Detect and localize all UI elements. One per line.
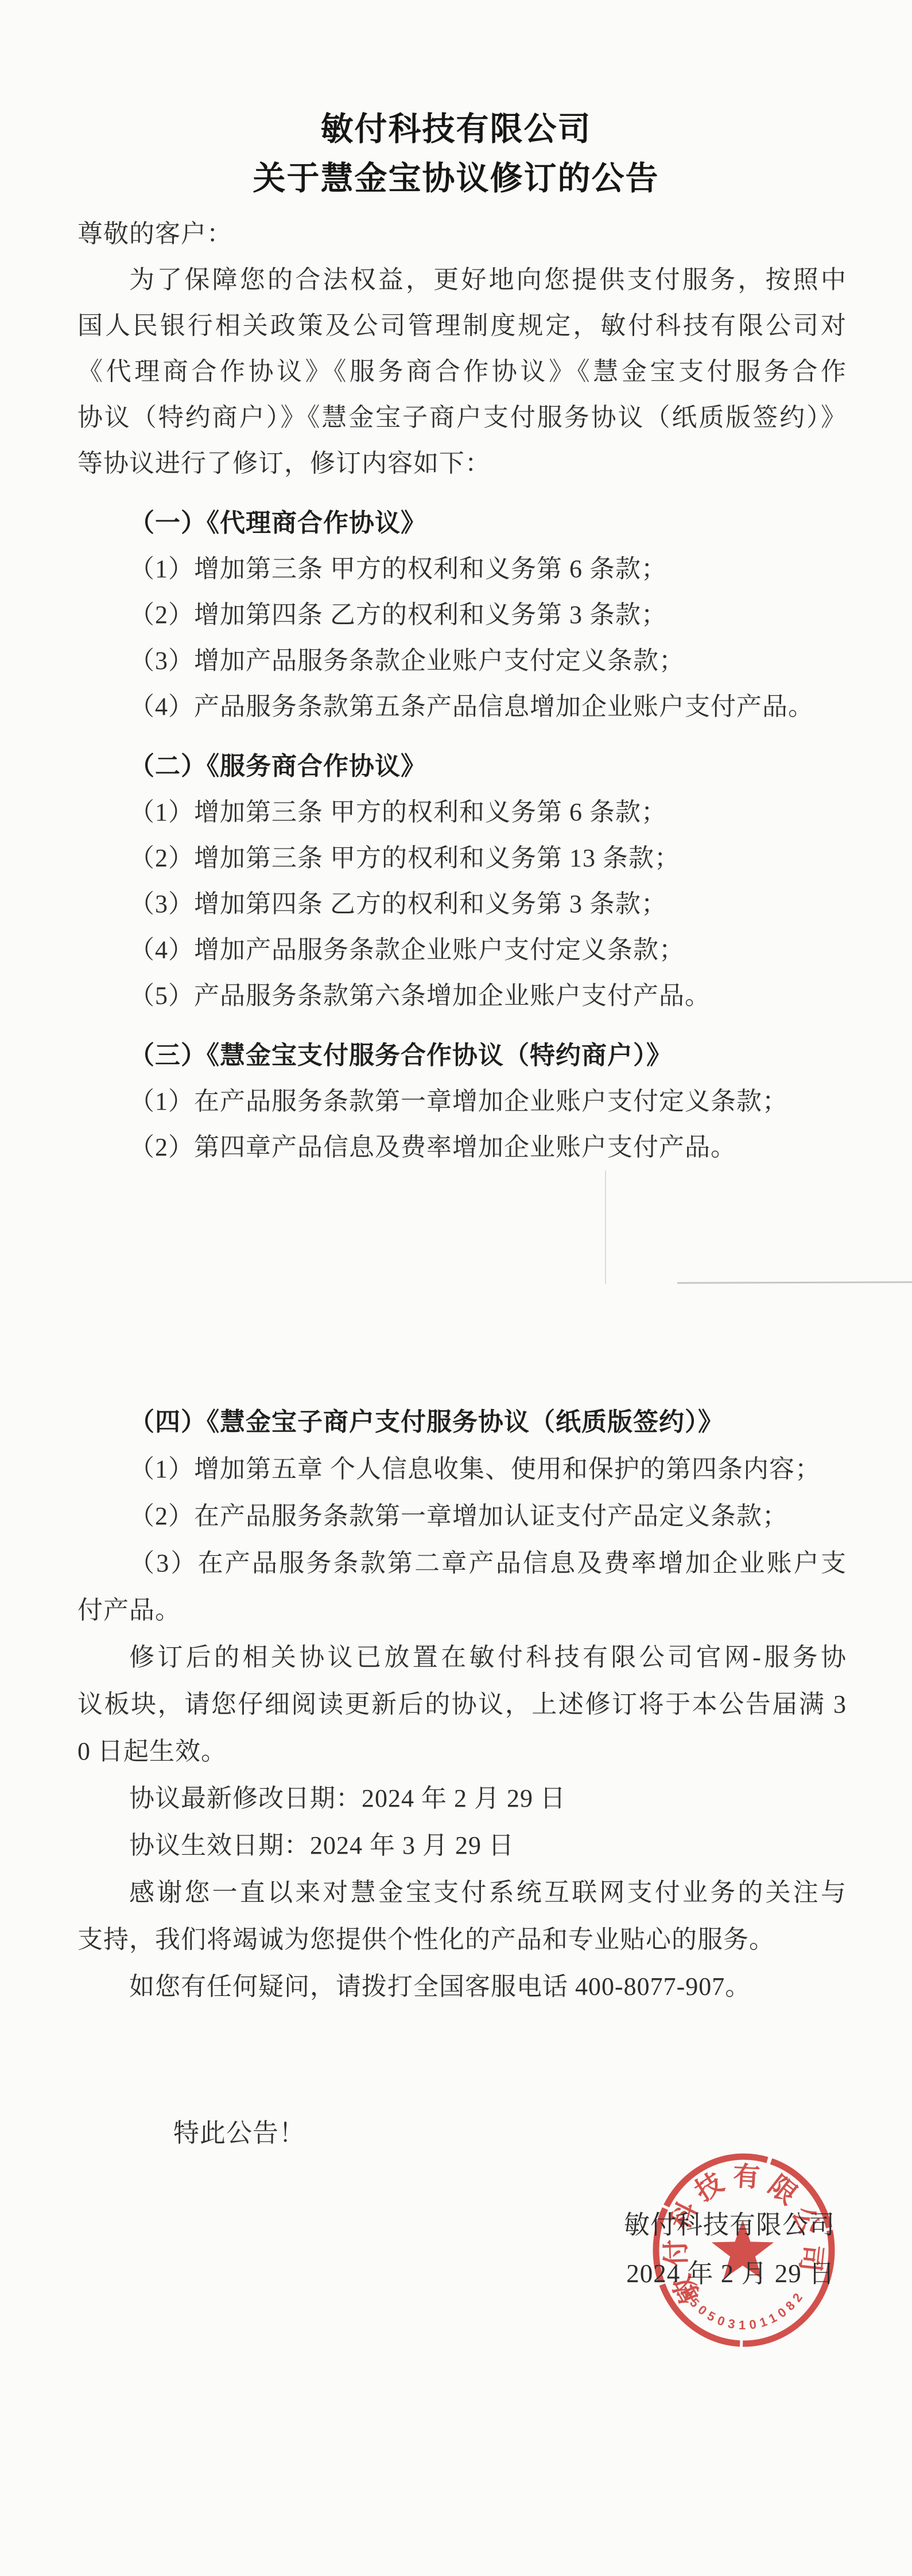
scan-artifact-line xyxy=(605,1170,606,1284)
contact-line: 如您有任何疑问，请拨打全国客服电话 400-8077-907。 xyxy=(77,1963,847,2010)
section-1-item: （3）增加产品服务条款企业账户支付定义条款； xyxy=(77,638,847,684)
section-3-item: （1）在产品服务条款第一章增加企业账户支付定义条款； xyxy=(77,1079,847,1124)
section-4-item: （2）在产品服务条款第一章增加认证支付产品定义条款； xyxy=(77,1493,847,1540)
intro-line: 国人民银行相关政策及公司管理制度规定，敏付科技有限公司对 xyxy=(77,303,847,349)
section-2-item: （3）增加第四条 乙方的权利和义务第 3 条款； xyxy=(77,881,847,927)
intro-line: 协议（特约商户）》《慧金宝子商户支付服务协议（纸质版签约）》 xyxy=(77,395,847,441)
announcement-ending: 特此公告！ xyxy=(173,2110,305,2156)
page-seam xyxy=(677,1281,912,1283)
section-4-heading: （四）《慧金宝子商户支付服务协议（纸质版签约）》 xyxy=(77,1399,847,1446)
section-3-item: （2）第四章产品信息及费率增加企业账户支付产品。 xyxy=(77,1124,847,1170)
intro-line: 等协议进行了修订，修订内容如下： xyxy=(77,441,847,487)
effective-date-line: 协议生效日期：2024 年 3 月 29 日 xyxy=(77,1822,847,1869)
intro-line: 为了保障您的合法权益，更好地向您提供支付服务，按照中 xyxy=(77,257,847,303)
section-4-item: （3）在产品服务条款第二章产品信息及费率增加企业账户支 xyxy=(77,1540,847,1587)
intro-line: 《代理商合作协议》《服务商合作协议》《慧金宝支付服务合作 xyxy=(77,349,847,395)
section-4-item: （1）增加第五章 个人信息收集、使用和保护的第四条内容； xyxy=(77,1446,847,1493)
closing-paragraph-line: 0 日起生效。 xyxy=(77,1728,847,1775)
title-line-1: 敏付科技有限公司 xyxy=(0,104,912,154)
revision-date-line: 协议最新修改日期：2024 年 2 月 29 日 xyxy=(77,1775,847,1822)
section-2-item: （1）增加第三条 甲方的权利和义务第 6 条款； xyxy=(77,789,847,835)
signature-company: 敏付科技有限公司 xyxy=(624,2201,835,2250)
salutation: 尊敬的客户： xyxy=(77,211,847,257)
section-1-heading: （一）《代理商合作协议》 xyxy=(77,500,847,546)
signature-block: 敏付科技有限公司 2024 年 2 月 29 日 xyxy=(624,2201,835,2298)
scanned-announcement-document: 敏付科技有限公司 关于慧金宝协议修订的公告 尊敬的客户： 为了保障您的合法权益，… xyxy=(0,0,912,2576)
section-3-heading: （三）《慧金宝支付服务合作协议（特约商户）》 xyxy=(77,1033,847,1079)
section-1-item: （1）增加第三条 甲方的权利和义务第 6 条款； xyxy=(77,546,847,592)
signature-date: 2024 年 2 月 29 日 xyxy=(624,2250,835,2298)
page1-body: 尊敬的客户： 为了保障您的合法权益，更好地向您提供支付服务，按照中 国人民银行相… xyxy=(77,211,847,1170)
section-2-item: （2）增加第三条 甲方的权利和义务第 13 条款； xyxy=(77,835,847,881)
page2-body: （四）《慧金宝子商户支付服务协议（纸质版签约）》 （1）增加第五章 个人信息收集… xyxy=(77,1399,847,2010)
section-2-item: （5）产品服务条款第六条增加企业账户支付产品。 xyxy=(77,973,847,1019)
thanks-line: 支持，我们将竭诚为您提供个性化的产品和专业贴心的服务。 xyxy=(77,1916,847,1963)
closing-paragraph-line: 议板块，请您仔细阅读更新后的协议，上述修订将于本公告届满 3 xyxy=(77,1681,847,1728)
section-1-item: （2）增加第四条 乙方的权利和义务第 3 条款； xyxy=(77,592,847,638)
title-line-2: 关于慧金宝协议修订的公告 xyxy=(0,154,912,203)
section-4-item-continuation: 付产品。 xyxy=(77,1587,847,1634)
thanks-line: 感谢您一直以来对慧金宝支付系统互联网支付业务的关注与 xyxy=(77,1869,847,1916)
section-2-heading: （二）《服务商合作协议》 xyxy=(77,744,847,789)
closing-paragraph-line: 修订后的相关协议已放置在敏付科技有限公司官网-服务协 xyxy=(77,1634,847,1681)
section-1-item: （4）产品服务条款第五条产品信息增加企业账户支付产品。 xyxy=(77,684,847,730)
document-title: 敏付科技有限公司 关于慧金宝协议修订的公告 xyxy=(0,104,912,203)
section-2-item: （4）增加产品服务条款企业账户支付定义条款； xyxy=(77,927,847,973)
